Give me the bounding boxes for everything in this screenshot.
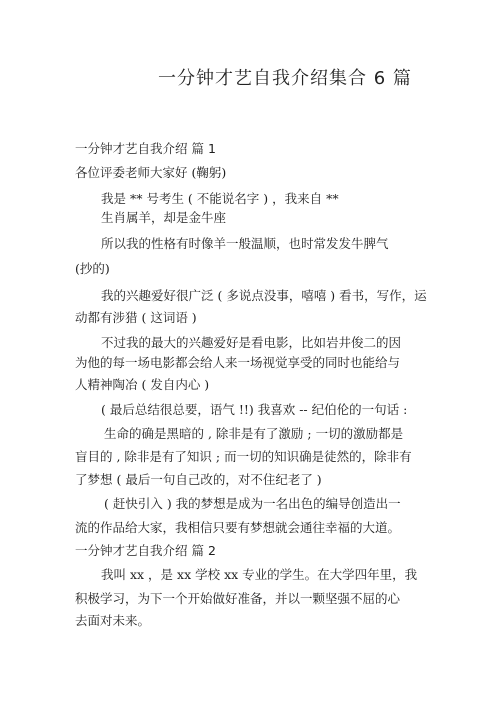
paragraph-line: 我的兴趣爱好很广泛 ( 多说点没事，嘻嘻 ) 看书，写作，运 [101,288,427,304]
paragraph-line: ( 最后总结很总要，语气 !!) 我喜欢 -- 纪伯伦的一句话 : [101,402,407,418]
paragraph-line: 所以我的性格有时像羊一般温顺，也时常发发牛脾气 [101,236,389,252]
paragraph-line: 流的作品给大家，我相信只要有梦想就会通往幸福的大道。 [75,520,400,536]
document-page: 一分钟才艺自我介绍集合 6 篇 一分钟才艺自我介绍 篇 1各位评委老师大家好 (… [0,0,500,708]
paragraph-line: 积极学习，为下一个开始做好准备，并以一颗坚强不屈的心 [75,591,400,607]
paragraph-line: 为他的每一场电影都会给人来一场视觉享受的同时也能给与 [75,355,400,371]
section-heading: 一分钟才艺自我介绍 篇 2 [75,543,216,559]
paragraph-line: 人精神陶冶 ( 发自内心 ) [75,377,209,393]
paragraph-line: 了梦想 ( 最后一句自己改的，对不住纪老了 ) [75,472,322,488]
paragraph-line: ( 赶快引入 ) 我的梦想是成为一名出色的编导创造出一 [104,496,401,512]
paragraph-line: 我叫 xx ，是 xx 学校 xx 专业的学生。在大学四年里，我 [101,567,417,583]
paragraph-line: 生命的确是黑暗的 , 除非是有了激励 ; 一切的激励都是 [104,426,403,442]
document-title: 一分钟才艺自我介绍集合 6 篇 [158,64,412,90]
paragraph-line: 动都有涉猎 ( 这词语 ) [75,310,197,326]
paragraph-line: 不过我的最大的兴趣爱好是看电影，比如岩井俊二的因 [101,335,401,351]
section-heading: 一分钟才艺自我介绍 篇 1 [75,141,216,157]
paragraph-line: 我是 ** 号考生 ( 不能说名字 ) ，我来自 ** [101,191,339,207]
paragraph-line: 生肖属羊，却是金牛座 [101,210,226,226]
paragraph-line: 各位评委老师大家好 (鞠躬) [75,165,226,181]
paragraph-line: 去面对未来。 [75,613,150,629]
paragraph-line: 盲目的 , 除非是有了知识 ; 而一切的知识确是徒然的，除非有 [75,449,412,465]
paragraph-line: (抄的) [75,261,110,277]
